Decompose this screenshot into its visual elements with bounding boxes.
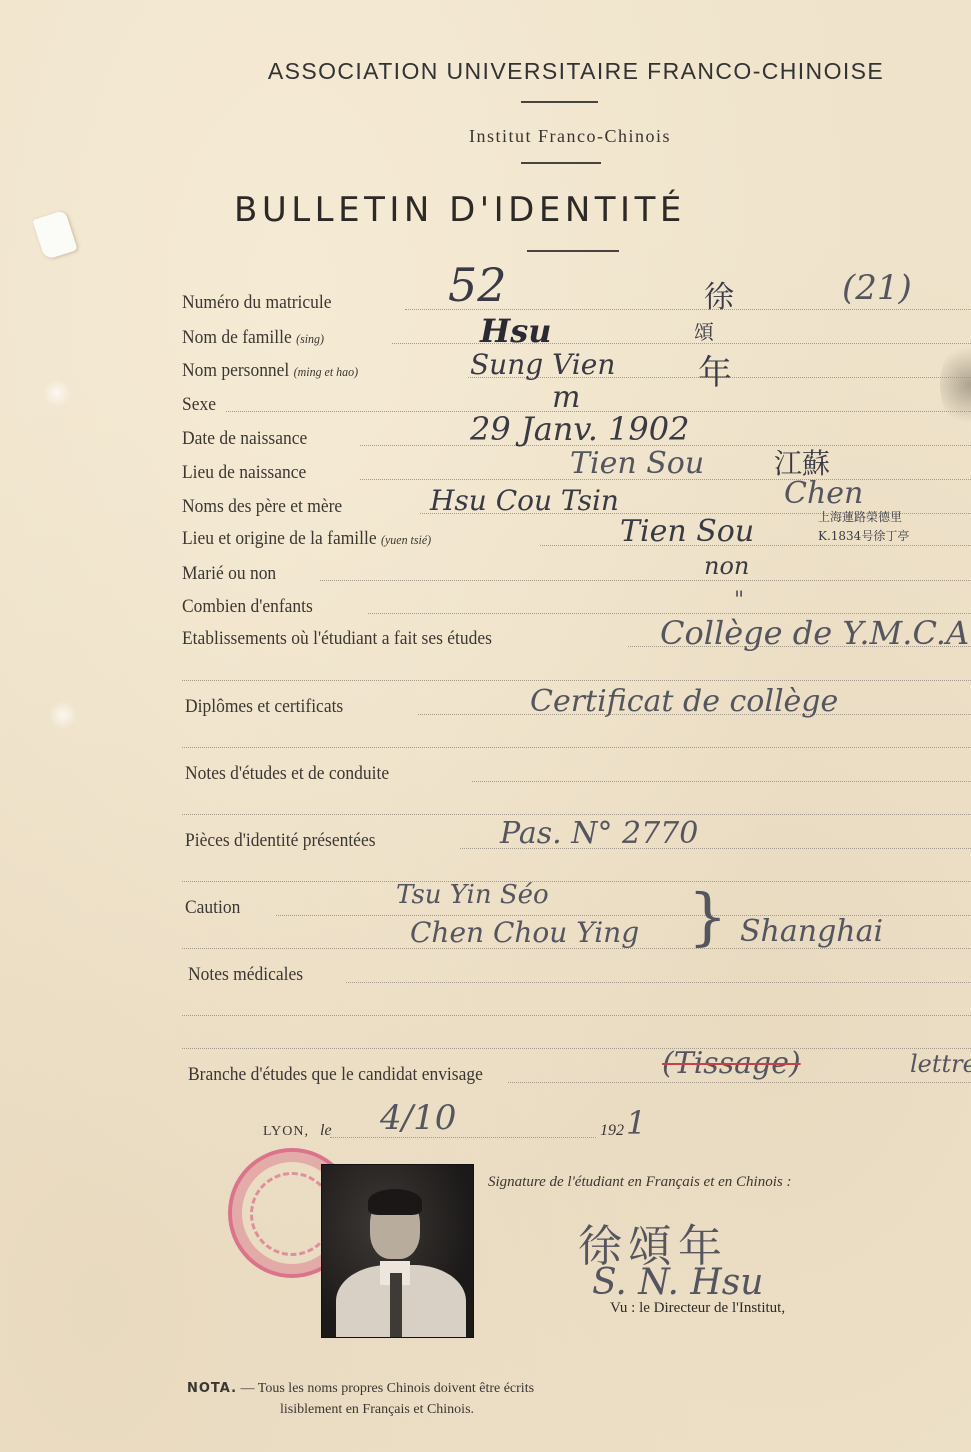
pieces-value: Pas. N° 2770: [500, 816, 698, 851]
date-line: [330, 1137, 596, 1138]
paper-tear: [32, 210, 77, 260]
enfants-value: ": [734, 588, 744, 613]
origine-value: Tien Sou: [620, 514, 754, 549]
branche-struck-value: (Tissage): [662, 1046, 801, 1081]
date-place: LYON,: [263, 1124, 309, 1140]
punch-hole: [44, 378, 70, 408]
label-sexe: Sexe: [182, 394, 216, 416]
date-day-month: 4/10: [380, 1098, 456, 1138]
signature-latin: S. N. Hsu: [592, 1262, 763, 1303]
ornament-divider: [527, 250, 619, 252]
marie-value: non: [704, 552, 749, 580]
label-matricule: Numéro du matricule: [182, 292, 332, 314]
matricule-chinese: 徐: [704, 272, 734, 316]
nom-personnel-chinese: 年: [698, 345, 732, 394]
student-photo: [321, 1164, 474, 1338]
field-line: [392, 343, 971, 344]
label-date-naissance: Date de naissance: [182, 428, 307, 450]
caution-value-2: Chen Chou Ying: [410, 916, 639, 949]
field-line: [182, 680, 971, 681]
nota-footnote: NOTA. — Tous les noms propres Chinois do…: [187, 1378, 534, 1420]
diplomes-value: Certificat de collège: [530, 684, 838, 719]
label-caution: Caution: [185, 897, 240, 919]
divider: [521, 162, 601, 164]
ink-stain: [940, 340, 971, 430]
field-line: [508, 1082, 971, 1083]
divider: [521, 101, 598, 103]
etablissements-value: Collège de Y.M.C.A.: [660, 614, 971, 652]
label-branche: Branche d'études que le candidat envisag…: [188, 1064, 483, 1086]
nom-personnel-value: Sung Vien: [470, 348, 615, 381]
label-nom-personnel: Nom personnel (ming et hao): [182, 360, 358, 382]
label-diplomes: Diplômes et certificats: [185, 696, 343, 718]
matricule-extra: (21): [842, 268, 912, 308]
field-line: [346, 982, 971, 983]
origine-address-line2: K.1834号徐丁亭: [818, 527, 909, 544]
lieu-naissance-value: Tien Sou: [570, 446, 704, 481]
field-line: [472, 781, 971, 782]
origine-address-line1: 上海蓮路榮德里: [818, 508, 902, 525]
field-line: [182, 948, 971, 949]
date-year-prefix: 192: [600, 1122, 624, 1140]
label-pieces: Pièces d'identité présentées: [185, 830, 376, 852]
label-enfants: Combien d'enfants: [182, 596, 313, 618]
parents-mother-value: Chen: [784, 476, 863, 511]
punch-hole: [50, 700, 76, 730]
label-notes-medicales: Notes médicales: [188, 964, 303, 986]
field-line: [182, 1048, 971, 1049]
institut-title: Institut Franco-Chinois: [390, 126, 750, 147]
nom-famille-chinese: 頌: [694, 316, 714, 345]
parents-father-value: Hsu Cou Tsin: [430, 484, 619, 517]
signature-caption: Signature de l'étudiant en Français et e…: [488, 1174, 791, 1191]
caution-brace: }: [688, 880, 727, 953]
label-nom-famille: Nom de famille (sing): [182, 327, 324, 349]
caution-place: Shanghai: [740, 914, 883, 949]
matricule-value: 52: [448, 258, 507, 312]
date-naissance-value: 29 Janv. 1902: [470, 410, 689, 448]
label-marie: Marié ou non: [182, 563, 276, 585]
field-line: [540, 545, 971, 546]
label-notes-etudes: Notes d'études et de conduite: [185, 763, 389, 785]
association-title: ASSOCIATION UNIVERSITAIRE FRANCO-CHINOIS…: [256, 58, 896, 85]
date-year-suffix: 1: [626, 1104, 646, 1142]
label-etablissements: Etablissements où l'étudiant a fait ses …: [182, 628, 492, 650]
label-lieu-naissance: Lieu de naissance: [182, 462, 306, 484]
field-line: [182, 814, 971, 815]
label-origine: Lieu et origine de la famille (yuen tsié…: [182, 528, 431, 550]
field-line: [182, 747, 971, 748]
document-title: BULLETIN D'IDENTITÉ: [234, 190, 914, 230]
caution-value-1: Tsu Yin Séo: [396, 880, 549, 910]
field-line: [182, 881, 971, 882]
label-parents: Noms des père et mère: [182, 496, 342, 518]
branche-value: lettre: [910, 1050, 971, 1078]
field-line: [320, 580, 971, 581]
nom-famille-value: Hsu: [480, 312, 552, 350]
director-caption: Vu : le Directeur de l'Institut,: [610, 1300, 785, 1317]
field-line: [182, 1015, 971, 1016]
